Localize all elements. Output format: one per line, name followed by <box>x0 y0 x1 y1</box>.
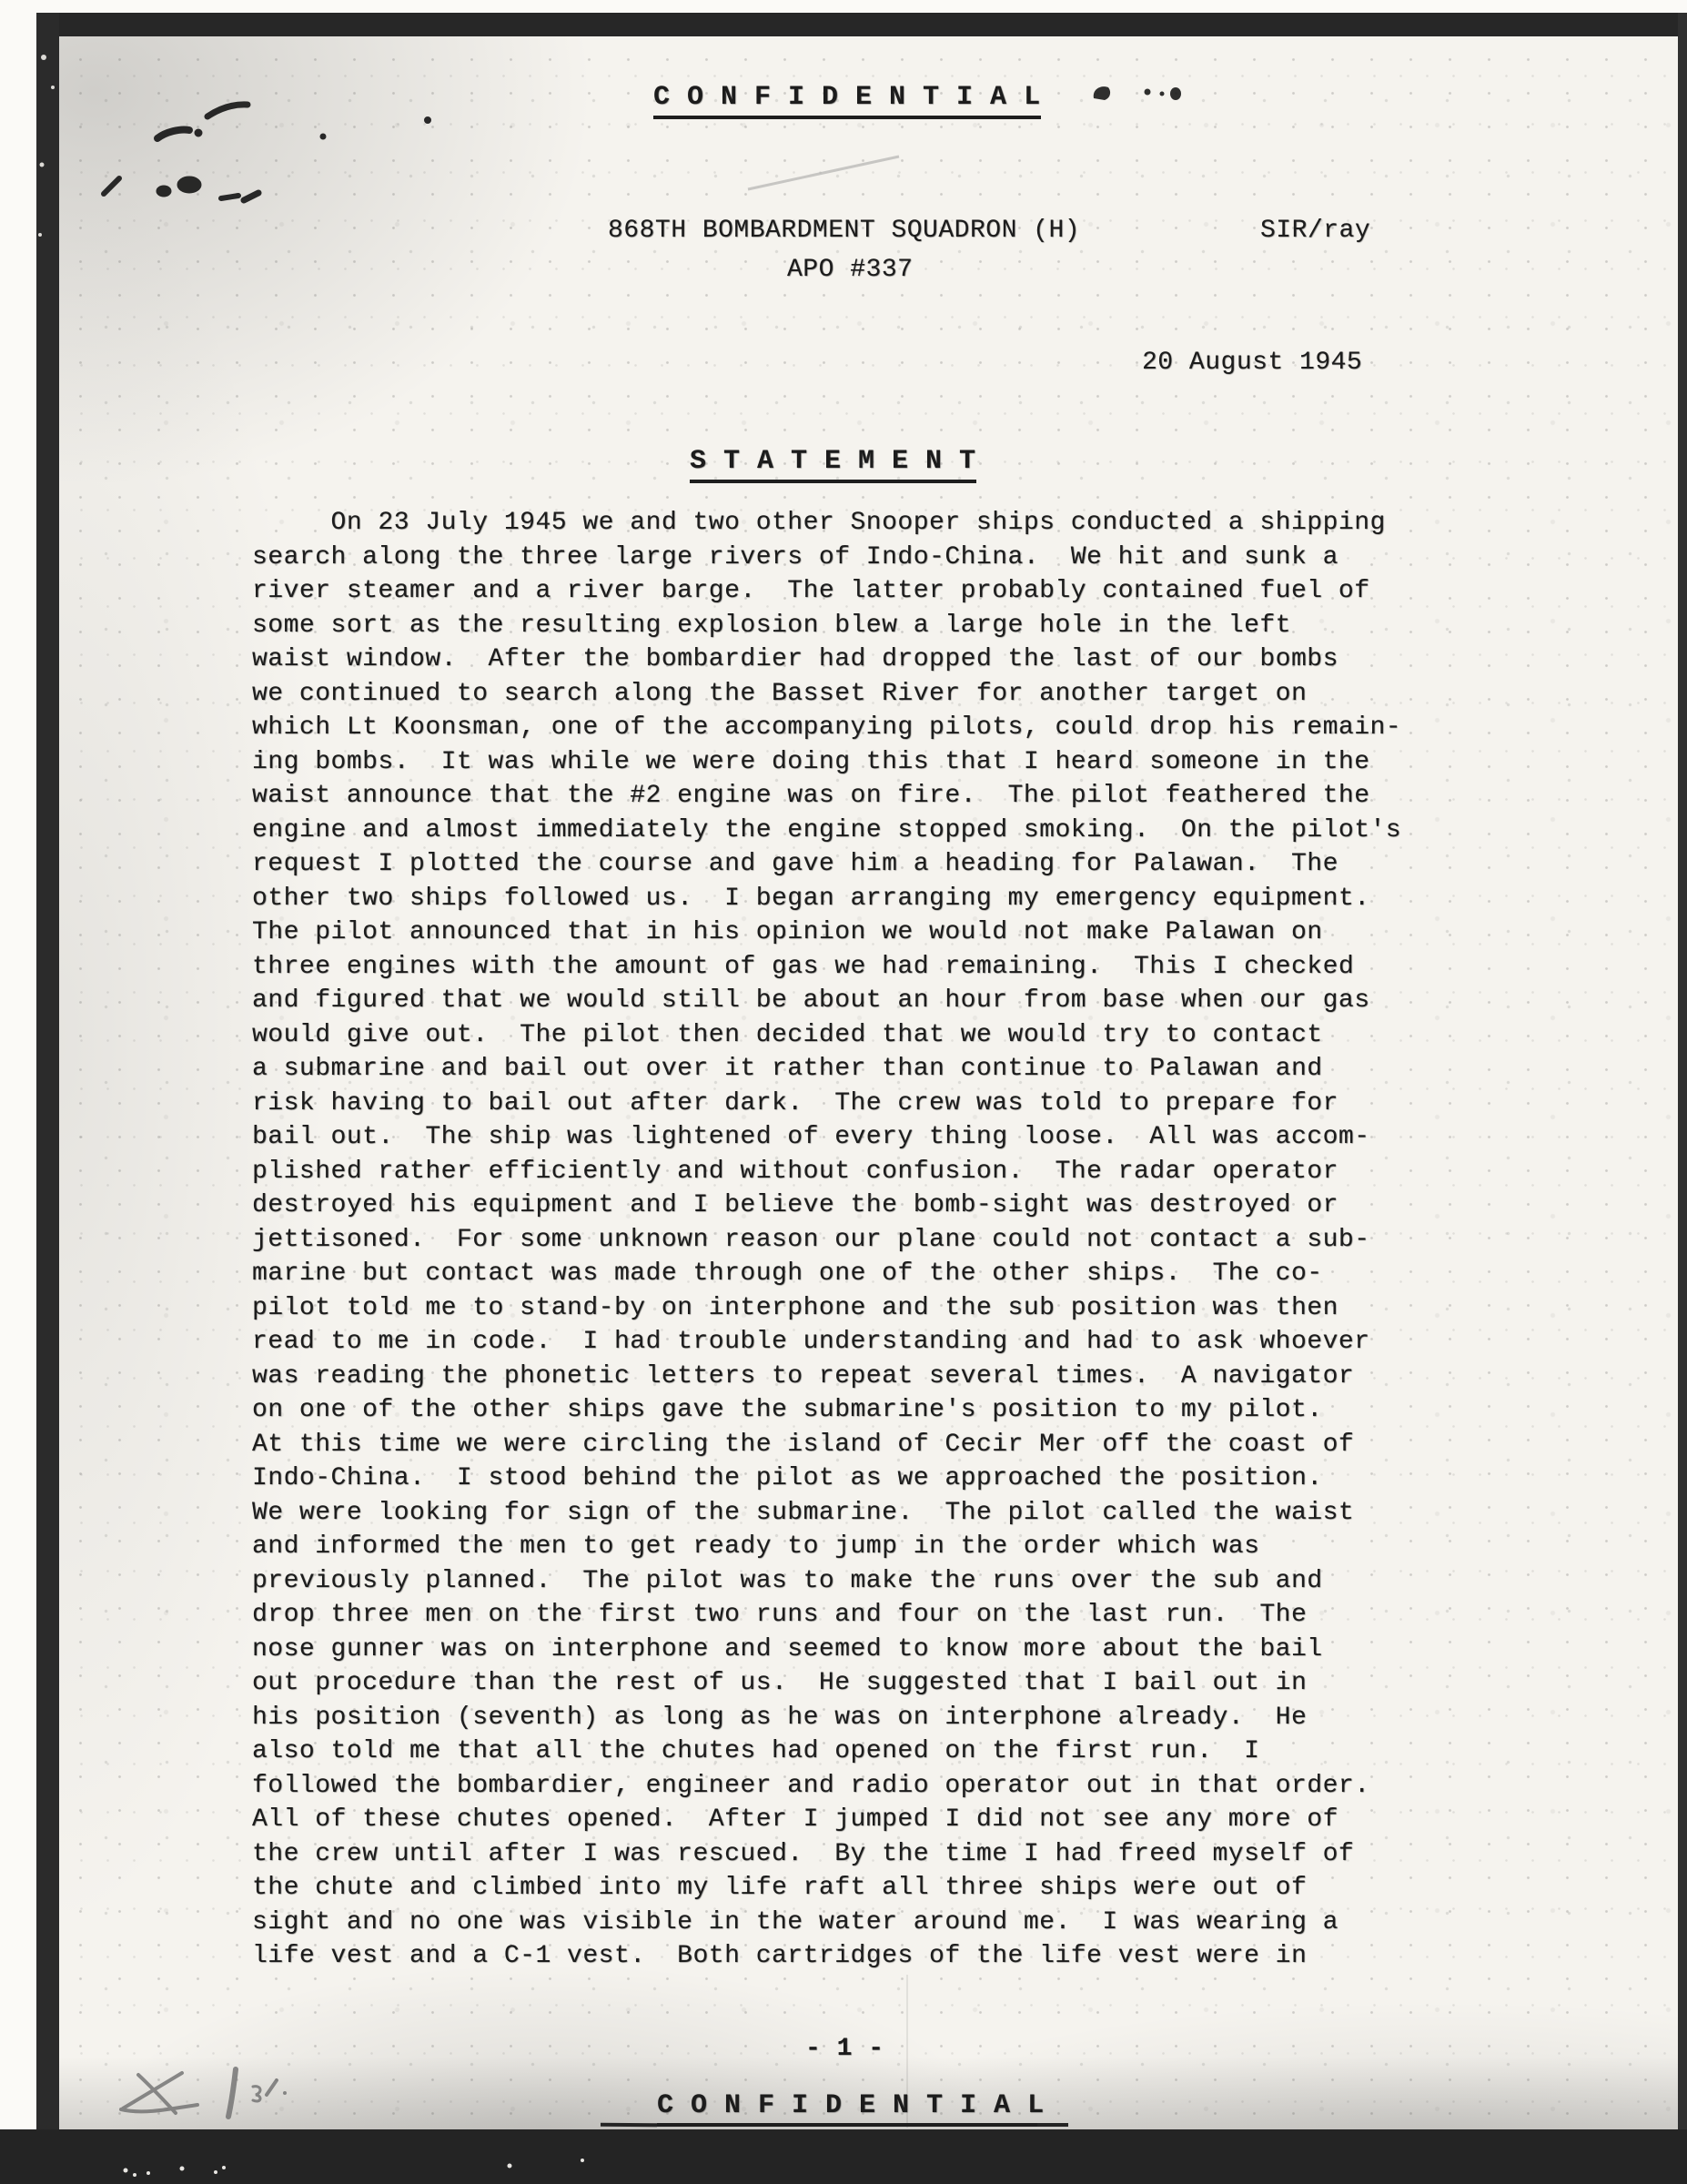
statement-title: S T A T E M E N T <box>690 446 976 483</box>
classification-banner-bottom: C O N F I D E N T I A L <box>657 2090 1045 2127</box>
underline-extension-right <box>1037 2123 1068 2127</box>
reference-initials: SIR/ray <box>1260 217 1370 245</box>
scan-border-right <box>1678 13 1687 2129</box>
scan-border-top <box>36 13 1687 36</box>
unit-heading: 868TH BOMBARDMENT SQUADRON (H) <box>608 217 1080 245</box>
classification-banner-top: C O N F I D E N T I A L <box>653 82 1041 119</box>
page-number: - 1 - <box>805 2035 884 2063</box>
scan-border-bottom <box>0 2129 1687 2184</box>
scan-border-left <box>36 13 59 2129</box>
statement-body: On 23 July 1945 we and two other Snooper… <box>252 506 1401 1974</box>
underline-extension-left <box>601 2123 657 2127</box>
scanned-document-page: C O N F I D E N T I A L 868TH BOMBARDMEN… <box>0 0 1687 2184</box>
apo-address: APO #337 <box>787 256 913 284</box>
date-line: 20 August 1945 <box>1142 349 1362 377</box>
